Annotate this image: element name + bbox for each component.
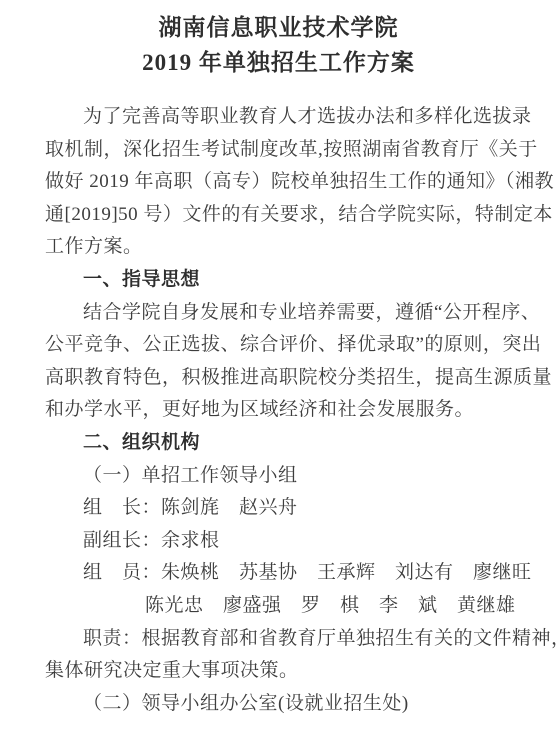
subsection-heading-2: （二）领导小组办公室(设就业招生处) [45, 688, 519, 721]
doc-line-paragraph-1: 做好 2019 年高职（高专）院校单独招生工作的通知》（湘教 [45, 166, 519, 199]
section-heading-2: 二、组织机构 [45, 427, 519, 460]
doc-line-paragraph-1-start: 为了完善高等职业教育人才选拔办法和多样化选拔录 [45, 101, 519, 134]
doc-line-paragraph-1-end: 工作方案。 [45, 231, 519, 264]
document-page: 湖南信息职业技术学院 2019 年单独招生工作方案 为了完善高等职业教育人才选拔… [0, 0, 557, 732]
document-body: 为了完善高等职业教育人才选拔办法和多样化选拔录 取机制，深化招生考试制度改革,按… [0, 101, 557, 720]
document-title-line-2: 2019 年单独招生工作方案 [0, 45, 557, 80]
doc-line-paragraph-2-start: 结合学院自身发展和专业培养需要，遵循“公开程序、 [45, 297, 519, 330]
document-title: 湖南信息职业技术学院 2019 年单独招生工作方案 [0, 0, 557, 80]
doc-line-paragraph-2: 公平竞争、公正选拔、综合评价、择优录取”的原则，突出 [45, 329, 519, 362]
document-title-line-1: 湖南信息职业技术学院 [0, 10, 557, 45]
doc-line-duties-end: 集体研究决定重大事项决策。 [45, 655, 519, 688]
subsection-heading-1: （一）单招工作领导小组 [45, 460, 519, 493]
doc-line-deputy-leader: 副组长：余求根 [45, 525, 519, 558]
doc-line-paragraph-1: 通[2019]50 号）文件的有关要求，结合学院实际，特制定本 [45, 199, 519, 232]
doc-line-members-row-2: 陈光忠 廖盛强 罗 棋 李 斌 黄继雄 [45, 590, 519, 623]
doc-line-paragraph-2-end: 和办学水平，更好地为区域经济和社会发展服务。 [45, 394, 519, 427]
section-heading-1: 一、指导思想 [45, 264, 519, 297]
doc-line-members-row-1: 组 员：朱焕桃 苏基协 王承辉 刘达有 廖继旺 [45, 557, 519, 590]
doc-line-paragraph-2: 高职教育特色，积极推进高职院校分类招生，提高生源质量 [45, 362, 519, 395]
doc-line-group-leader: 组 长：陈剑旄 赵兴舟 [45, 492, 519, 525]
doc-line-paragraph-1: 取机制，深化招生考试制度改革,按照湖南省教育厅《关于 [45, 134, 519, 167]
doc-line-duties-start: 职责：根据教育部和省教育厅单独招生有关的文件精神， [45, 623, 519, 656]
